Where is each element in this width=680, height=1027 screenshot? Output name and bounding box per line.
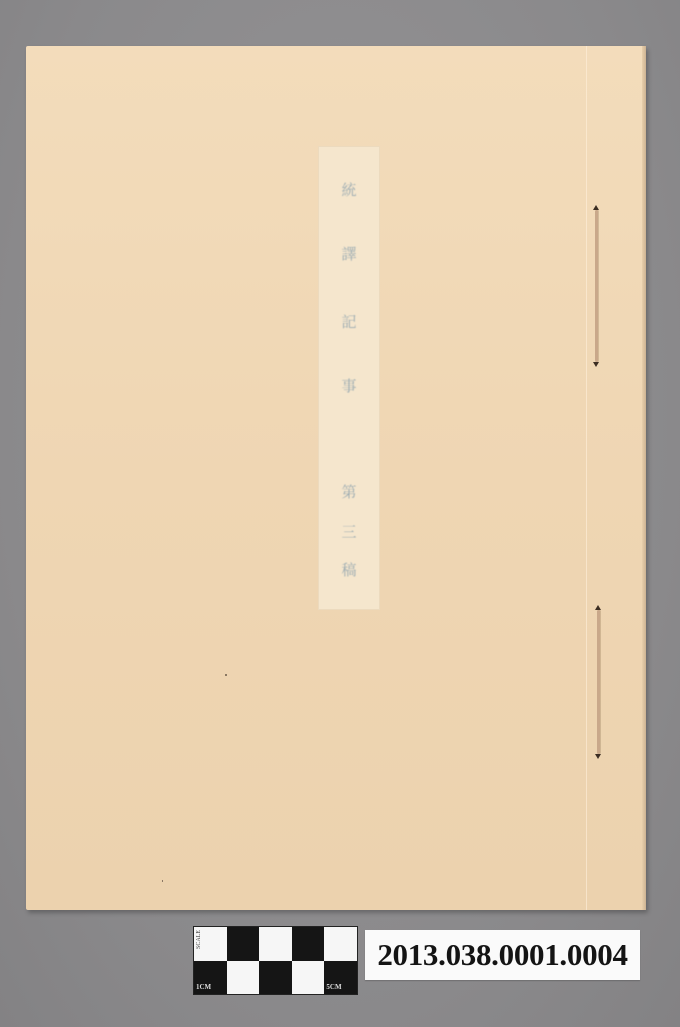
- scale-cell: [324, 927, 357, 961]
- title-char: 稿: [319, 559, 379, 580]
- spine-edge: [642, 46, 646, 910]
- scale-cell: SCALE: [194, 927, 227, 961]
- title-strip: 統 譯 記 事 第 三 稿: [318, 146, 380, 610]
- scale-cell: [259, 961, 292, 995]
- title-char: 三: [319, 521, 379, 542]
- stitch-hole-icon: [593, 205, 599, 210]
- scale-cell: 1CM: [194, 961, 227, 995]
- title-char: 譯: [319, 243, 379, 264]
- paper-speck: [162, 880, 163, 882]
- scale-cell: [259, 927, 292, 961]
- accession-number-label: 2013.038.0001.0004: [365, 930, 640, 980]
- binding-stitch-upper: [595, 210, 598, 362]
- stitch-hole-icon: [593, 362, 599, 367]
- scale-cell: [292, 961, 325, 995]
- scale-cell: 5CM: [324, 961, 357, 995]
- scale-bar: SCALE 1CM 5CM: [193, 926, 358, 995]
- title-char: 記: [319, 311, 379, 332]
- title-char: 第: [319, 481, 379, 502]
- scale-start-label: 1CM: [196, 983, 211, 991]
- scale-end-label: 5CM: [326, 983, 341, 991]
- stitch-hole-icon: [595, 605, 601, 610]
- document-cover: 統 譯 記 事 第 三 稿: [26, 46, 646, 910]
- scale-cell: [227, 961, 260, 995]
- title-char: 事: [319, 375, 379, 396]
- paper-speck: [225, 674, 227, 676]
- scale-cell: [227, 927, 260, 961]
- title-char: 統: [319, 179, 379, 200]
- stitch-hole-icon: [595, 754, 601, 759]
- binding-stitch-lower: [597, 610, 600, 754]
- scale-side-label: SCALE: [196, 930, 202, 949]
- fold-line: [586, 46, 587, 910]
- scale-cell: [292, 927, 325, 961]
